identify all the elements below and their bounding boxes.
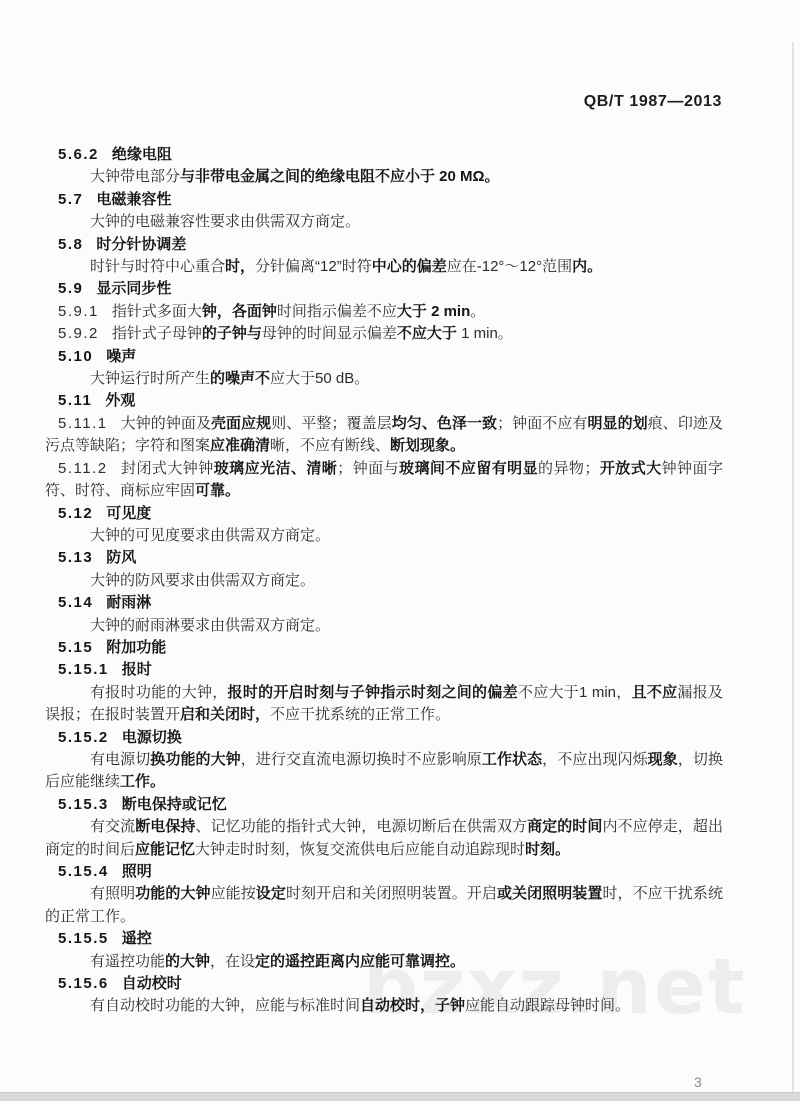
clause-number: 5.11.2 <box>58 460 108 477</box>
paragraph: 时针与时符中心重合时，分针偏离“12”时符中心的偏差应在-12°～12°范围内。 <box>45 256 723 278</box>
scan-edge-right <box>792 42 794 1092</box>
clause-heading-5.15.1: 5.15.1报时 <box>45 659 723 681</box>
text-run: 可靠。 <box>195 482 240 499</box>
text-run: 母钟的时间显示偏差 <box>262 325 397 342</box>
clause-heading-5.12: 5.12可见度 <box>45 503 723 525</box>
text-run: 应能按 <box>211 885 256 902</box>
text-run: 时分针协调差 <box>96 236 186 253</box>
text-run: 报时的开启时刻与子钟指示时刻之间的偏差 <box>228 684 518 701</box>
clause-number: 5.10 <box>58 348 93 365</box>
clause-heading-5.13: 5.13防风 <box>45 547 723 569</box>
text-run: 大钟带电部分 <box>90 168 180 185</box>
text-run: 应准确清 <box>210 437 270 454</box>
clause-number: 5.15.4 <box>58 863 109 880</box>
clause-heading-5.15.6: 5.15.6自动校时 <box>45 973 723 995</box>
text-run: 的噪声不 <box>210 370 270 387</box>
text-run: 指针式多面大 <box>112 303 202 320</box>
text-run: 时间指示偏差不应 <box>277 303 397 320</box>
clause-heading-5.7: 5.7电磁兼容性 <box>45 189 723 211</box>
clause-heading-5.6.2: 5.6.2绝缘电阻 <box>45 144 723 166</box>
text-run: 明显的划 <box>587 415 647 432</box>
text-run: 时针与时符中心重合 <box>90 258 225 275</box>
text-run: 的大钟 <box>165 953 210 970</box>
text-run: 应在-12°～12°范围 <box>447 258 572 275</box>
clause-number: 5.15.2 <box>58 729 109 746</box>
text-run: ，进行交直流电源切换时不应影响原 <box>241 751 482 768</box>
text-run: 遥控 <box>122 930 152 947</box>
clause-heading-5.8: 5.8时分针协调差 <box>45 234 723 256</box>
text-run: 可见度 <box>106 505 151 522</box>
document-body: 5.6.2绝缘电阻大钟带电部分与非带电金属之间的绝缘电阻不应小于 20 MΩ。5… <box>45 0 723 1018</box>
text-run: 大钟的防风要求由供需双方商定。 <box>90 572 315 589</box>
text-run: 定的遥控距离内应能可靠调控。 <box>255 953 465 970</box>
text-run: 大钟走时时刻，恢复交流供电后应能自动追踪现时 <box>195 841 525 858</box>
text-run: 的子钟与 <box>202 325 262 342</box>
text-run: ，在设 <box>210 953 255 970</box>
text-run: 有照明 <box>90 885 135 902</box>
clause-number: 5.15.5 <box>58 930 109 947</box>
text-run: 断划现象。 <box>390 437 465 454</box>
clause-number: 5.14 <box>58 594 93 611</box>
text-run: 外观 <box>105 392 135 409</box>
clause-number: 5.11 <box>58 392 92 409</box>
text-run: 有电源切 <box>90 751 150 768</box>
paragraph: 大钟带电部分与非带电金属之间的绝缘电阻不应小于 20 MΩ。 <box>45 166 723 188</box>
text-run: 换功能的大钟 <box>150 751 240 768</box>
text-run: 大钟的耐雨淋要求由供需双方商定。 <box>90 617 330 634</box>
paragraph: 大钟的耐雨淋要求由供需双方商定。 <box>45 615 723 637</box>
text-run: 断电保持 <box>135 818 195 835</box>
clause-number: 5.15 <box>58 639 93 656</box>
text-run: 应大于50 dB。 <box>270 370 369 387</box>
text-run: 开放式大 <box>599 460 661 477</box>
text-run: 不应干扰系统的正常工作。 <box>270 706 450 723</box>
text-run: 有自动校时功能的大钟，应能与标准时间 <box>90 997 360 1014</box>
text-run: 应能记忆 <box>135 841 195 858</box>
text-run: 玻璃应光洁、清晰 <box>214 460 338 477</box>
text-run: 且不应 <box>632 684 678 701</box>
text-run: 则、平整；覆盖层 <box>271 415 391 432</box>
text-run: 。 <box>470 303 485 320</box>
text-run: 封闭式大钟钟 <box>121 460 214 477</box>
paragraph: 大钟的防风要求由供需双方商定。 <box>45 570 723 592</box>
paragraph: 有自动校时功能的大钟，应能与标准时间自动校时，子钟应能自动跟踪母钟时间。 <box>45 995 723 1017</box>
text-run: 现象 <box>648 751 678 768</box>
text-run: 内。 <box>572 258 602 275</box>
text-run: 晰，不应有断线、 <box>270 437 390 454</box>
clause-heading-5.15.5: 5.15.5遥控 <box>45 928 723 950</box>
clause-number: 5.6.2 <box>58 146 99 163</box>
text-run: 耐雨淋 <box>106 594 151 611</box>
clause-heading-5.9: 5.9显示同步性 <box>45 278 723 300</box>
text-run: 时刻开启和关闭照明装置。开启 <box>286 885 497 902</box>
clause-number: 5.8 <box>58 236 83 253</box>
page-number: 3 <box>694 1074 702 1090</box>
text-run: 自动校时 <box>122 975 182 992</box>
text-run: 与非带电金属之间的绝缘电阻不应小于 20 MΩ。 <box>180 168 500 185</box>
text-run: 有遥控功能 <box>90 953 165 970</box>
text-run: 的异物； <box>538 460 599 477</box>
paragraph: 有遥控功能的大钟，在设定的遥控距离内应能可靠调控。 <box>45 951 723 973</box>
text-run: 有报时功能的大钟， <box>90 684 228 701</box>
clause-heading-5.15.3: 5.15.3断电保持或记忆 <box>45 794 723 816</box>
text-run: 显示同步性 <box>96 280 171 297</box>
text-run: 绝缘电阻 <box>112 146 172 163</box>
clause-text-5.11.1: 5.11.1大钟的钟面及壳面应规则、平整；覆盖层均匀、色泽一致；钟面不应有明显的… <box>45 413 723 458</box>
text-run: 、记忆功能的指针式大钟，电源切断后在供需双方 <box>196 818 528 835</box>
clause-number: 5.9 <box>58 280 83 297</box>
paragraph: 有报时功能的大钟，报时的开启时刻与子钟指示时刻之间的偏差不应大于1 min，且不… <box>45 682 723 727</box>
text-run: 噪声 <box>106 348 136 365</box>
text-run: 钟，各面钟 <box>202 303 277 320</box>
clause-number: 5.7 <box>58 191 83 208</box>
text-run: 启和关闭时， <box>180 706 270 723</box>
text-run: 大于 2 min <box>397 303 470 320</box>
paragraph: 大钟的电磁兼容性要求由供需双方商定。 <box>45 211 723 233</box>
text-run: 壳面应规 <box>211 415 271 432</box>
text-run: 工作状态 <box>482 751 542 768</box>
text-run: 报时 <box>122 661 152 678</box>
text-run: 时， <box>225 258 255 275</box>
text-run: 1 min。 <box>457 325 513 342</box>
text-run: ，不应出现闪烁 <box>542 751 648 768</box>
clause-text-5.9.1: 5.9.1指针式多面大钟，各面钟时间指示偏差不应大于 2 min。 <box>45 301 723 323</box>
text-run: 有交流 <box>90 818 135 835</box>
text-run: ；钟面与 <box>337 460 399 477</box>
text-run: 大钟的钟面及 <box>121 415 211 432</box>
clause-text-5.9.2: 5.9.2指针式子母钟的子钟与母钟的时间显示偏差不应大于 1 min。 <box>45 323 723 345</box>
text-run: 功能的大钟 <box>135 885 210 902</box>
text-run: 防风 <box>106 549 136 566</box>
paragraph: 大钟运行时所产生的噪声不应大于50 dB。 <box>45 368 723 390</box>
text-run: 或关闭照明装置 <box>497 885 603 902</box>
text-run: 断电保持或记忆 <box>122 796 227 813</box>
text-run: 附加功能 <box>106 639 166 656</box>
text-run: 中心的偏差 <box>372 258 447 275</box>
text-run: 玻璃间不应留有明显 <box>399 460 538 477</box>
text-run: 不应大于1 min， <box>518 684 632 701</box>
clause-heading-5.15.2: 5.15.2电源切换 <box>45 727 723 749</box>
clause-heading-5.11: 5.11外观 <box>45 390 723 412</box>
text-run: 大钟运行时所产生 <box>90 370 210 387</box>
text-run: 大钟的可见度要求由供需双方商定。 <box>90 527 330 544</box>
paragraph: 有交流断电保持、记忆功能的指针式大钟，电源切断后在供需双方商定的时间内不应停走，… <box>45 816 723 861</box>
clause-number: 5.12 <box>58 505 93 522</box>
clause-text-5.11.2: 5.11.2封闭式大钟钟玻璃应光洁、清晰；钟面与玻璃间不应留有明显的异物；开放式… <box>45 458 723 503</box>
clause-number: 5.15.3 <box>58 796 109 813</box>
document-page: bzxz.net QB/T 1987—2013 5.6.2绝缘电阻大钟带电部分与… <box>0 0 800 1101</box>
clause-number: 5.11.1 <box>58 415 108 432</box>
text-run: 不应大于 <box>397 325 457 342</box>
text-run: 均匀、色泽一致 <box>392 415 497 432</box>
text-run: 商定的时间 <box>527 818 602 835</box>
clause-heading-5.15.4: 5.15.4照明 <box>45 861 723 883</box>
text-run: 时刻。 <box>525 841 570 858</box>
text-run: 工作。 <box>120 773 165 790</box>
clause-heading-5.14: 5.14耐雨淋 <box>45 592 723 614</box>
clause-number: 5.15.6 <box>58 975 109 992</box>
text-run: 分针偏离“12”时符 <box>255 258 372 275</box>
clause-heading-5.15: 5.15附加功能 <box>45 637 723 659</box>
clause-number: 5.13 <box>58 549 93 566</box>
text-run: 自动校时，子钟 <box>360 997 465 1014</box>
text-run: 照明 <box>122 863 152 880</box>
text-run: 大钟的电磁兼容性要求由供需双方商定。 <box>90 213 360 230</box>
clause-heading-5.10: 5.10噪声 <box>45 346 723 368</box>
standard-code: QB/T 1987—2013 <box>584 93 722 111</box>
text-run: 应能自动跟踪母钟时间。 <box>465 997 630 1014</box>
clause-number: 5.9.2 <box>58 325 99 342</box>
text-run: 设定 <box>256 885 286 902</box>
text-run: 电源切换 <box>122 729 182 746</box>
scan-edge-bottom <box>0 1092 800 1101</box>
clause-number: 5.15.1 <box>58 661 109 678</box>
text-run: 指针式子母钟 <box>112 325 202 342</box>
paragraph: 大钟的可见度要求由供需双方商定。 <box>45 525 723 547</box>
text-run: ；钟面不应有 <box>497 415 587 432</box>
paragraph: 有电源切换功能的大钟，进行交直流电源切换时不应影响原工作状态，不应出现闪烁现象，… <box>45 749 723 794</box>
clause-number: 5.9.1 <box>58 303 99 320</box>
text-run: 电磁兼容性 <box>96 191 171 208</box>
paragraph: 有照明功能的大钟应能按设定时刻开启和关闭照明装置。开启或关闭照明装置时，不应干扰… <box>45 883 723 928</box>
